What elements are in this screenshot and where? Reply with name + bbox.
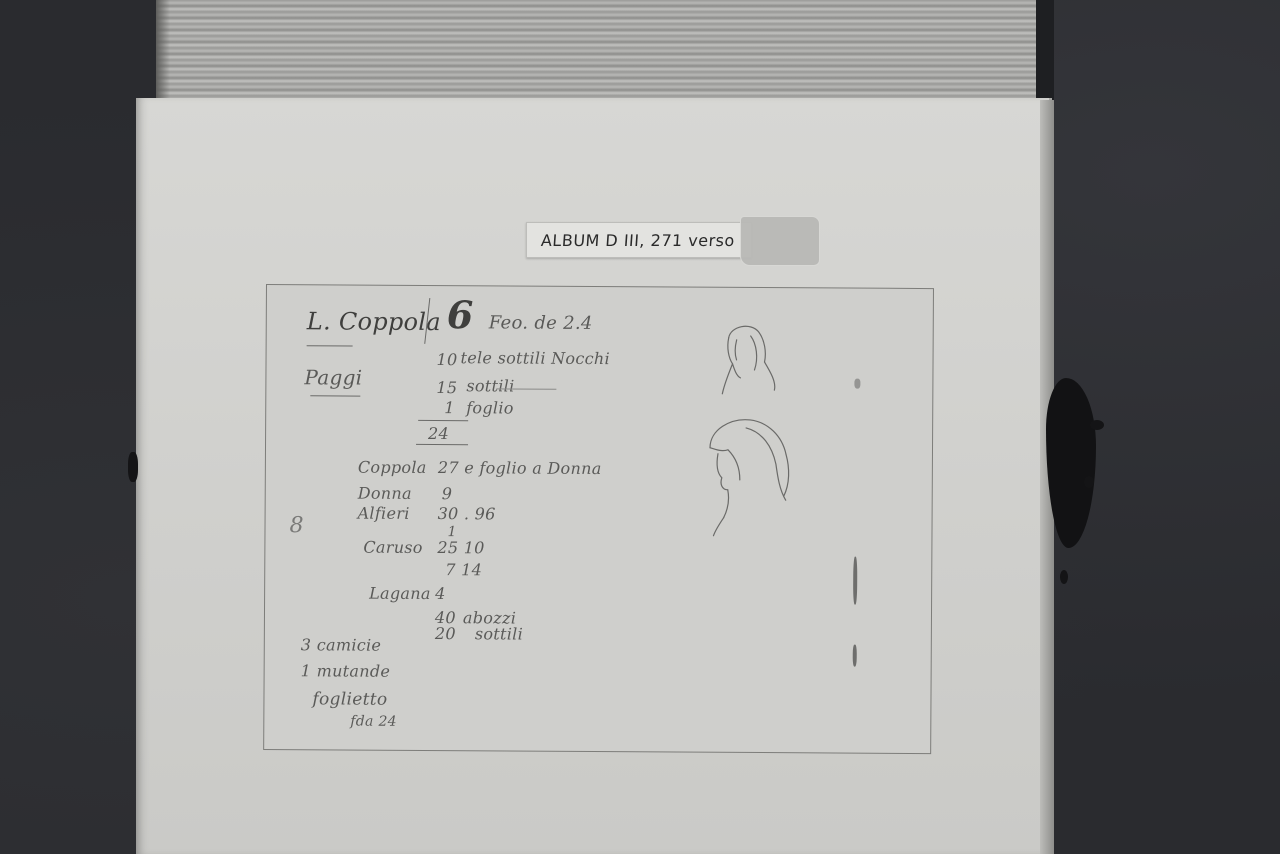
- stain-speck: [1090, 420, 1104, 430]
- catalogue-label-text: ALBUM D III, 271 verso: [540, 231, 735, 250]
- list-qty: 10: [436, 350, 457, 369]
- stain-speck: [1084, 476, 1094, 488]
- entry-value: 7 14: [445, 560, 482, 579]
- list-qty: 3: [301, 635, 312, 654]
- header-big-number: 6: [447, 292, 474, 337]
- sum-line: [418, 420, 468, 422]
- stain-speck: [1060, 570, 1068, 584]
- list-total: 24: [428, 424, 449, 443]
- heading-underline: [310, 395, 360, 397]
- edge-speck: [128, 452, 138, 482]
- entry-value: 4: [435, 584, 446, 603]
- list-qty: 1: [301, 661, 312, 680]
- list-text: mutande: [317, 661, 391, 680]
- total-underline: [416, 444, 468, 446]
- list-text: camicie: [317, 635, 382, 654]
- entry-name: Caruso: [363, 538, 423, 557]
- list-text: sottili: [466, 376, 514, 395]
- sketch-sheet: L. Coppola 6 Feo. de 2.4 Paggi 10 tele s…: [263, 284, 934, 754]
- bottom-note-line2: fda 24: [350, 714, 397, 730]
- entry-name: Alfieri: [358, 504, 410, 523]
- pencil-mark: [853, 557, 857, 605]
- list-qty: 15: [436, 378, 457, 397]
- bottom-note-line1: foglietto: [312, 689, 387, 709]
- adhesive-tape: [740, 216, 820, 266]
- pencil-mark: [853, 645, 857, 667]
- catalogue-label: ALBUM D III, 271 verso: [526, 222, 752, 258]
- sheet-title: L. Coppola: [307, 307, 441, 336]
- list-text: foglio: [466, 398, 514, 417]
- entry-name: Donna: [358, 484, 412, 503]
- header-right-text: Feo. de 2.4: [489, 312, 593, 334]
- entry-value: 9: [442, 484, 453, 503]
- entry-value: 27 e foglio a Donna: [438, 458, 602, 478]
- head-sketches-drawing: [705, 318, 816, 539]
- margin-mark: 8: [289, 513, 303, 538]
- entry-value: 25 10: [437, 538, 484, 557]
- list-qty: 1: [444, 398, 455, 417]
- section-heading: Paggi: [304, 365, 362, 389]
- pencil-smudge: [854, 379, 860, 389]
- list-qty: 20: [435, 624, 456, 643]
- list-text: tele sottili Nocchi: [460, 348, 610, 368]
- shadow-strip: [1036, 0, 1054, 100]
- title-underline: [307, 345, 353, 347]
- entry-name: Lagana: [369, 584, 431, 603]
- entry-value: 30 . 96: [438, 504, 496, 523]
- list-text: sottili: [475, 624, 523, 643]
- entry-name: Coppola: [358, 458, 427, 477]
